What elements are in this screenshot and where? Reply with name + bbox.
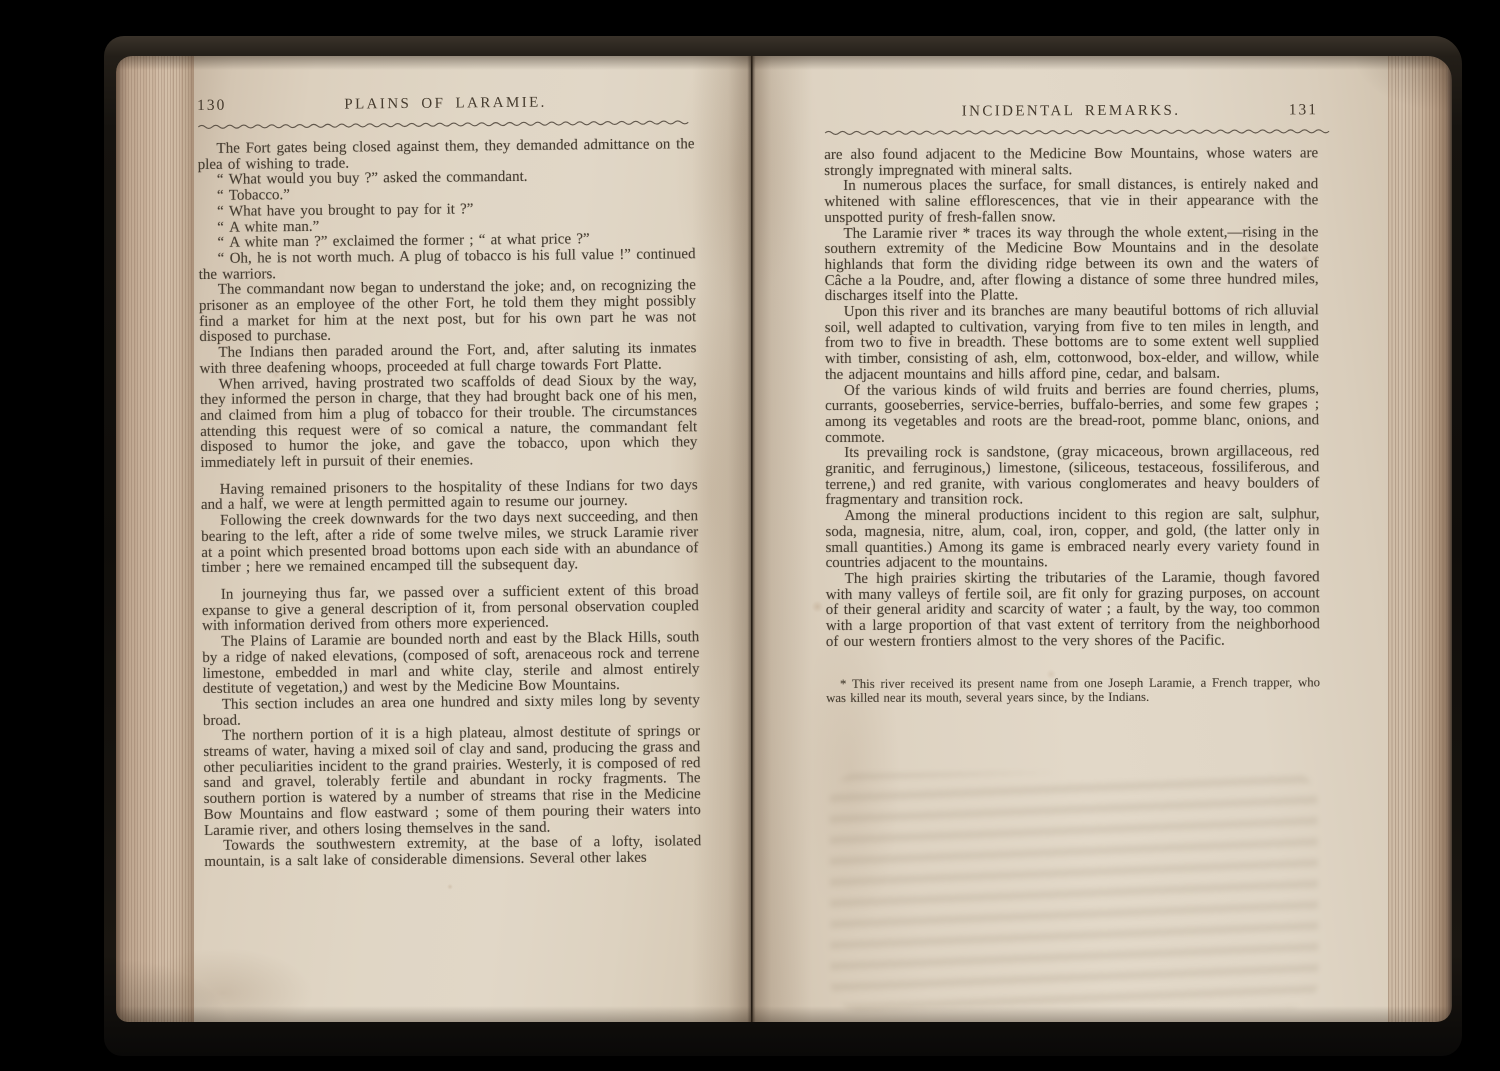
right-page-number: 131 <box>1262 101 1318 119</box>
paragraph: The Plains of Laramie are bounded north … <box>202 630 700 698</box>
paragraph: Its prevailing rock is sandstone, (gray … <box>825 445 1319 510</box>
left-page-number: 130 <box>197 96 253 115</box>
photo-background: 130 PLAINS OF LARAMIE. The Fort gates be… <box>0 0 1500 1071</box>
left-page-text: The Fort gates being closed against them… <box>197 137 701 870</box>
right-page-content: INCIDENTAL REMARKS. 131 are also found a… <box>824 101 1320 705</box>
paragraph: In journeying thus far, we passed over a… <box>202 583 699 635</box>
paragraph: The Laramie river * traces its way throu… <box>824 225 1318 305</box>
left-running-title: PLAINS OF LARAMIE. <box>253 94 638 115</box>
wavy-rule-left <box>197 118 694 131</box>
paragraph: Among the mineral productions incident t… <box>825 507 1319 572</box>
paragraph: Upon this river and its branches are man… <box>825 303 1319 383</box>
right-page-text: are also found adjacent to the Medicine … <box>824 146 1320 650</box>
paragraph: When arrived, having prostrated two scaf… <box>200 373 698 472</box>
wavy-rule-right <box>824 127 1334 137</box>
right-running-head: INCIDENTAL REMARKS. 131 <box>824 101 1318 124</box>
paragraph: The Fort gates being closed against them… <box>197 137 694 173</box>
paragraph: Following the creek downwards for the tw… <box>201 509 699 577</box>
paragraph: Towards the southwestern extremity, at t… <box>204 834 701 870</box>
left-running-head: 130 PLAINS OF LARAMIE. <box>197 92 694 118</box>
left-page-content: 130 PLAINS OF LARAMIE. The Fort gates be… <box>197 92 701 870</box>
paragraph: The commandant now began to understand t… <box>199 279 697 347</box>
paragraph: The high prairies skirting the tributari… <box>826 570 1320 650</box>
paragraph: The northern portion of it is a high pla… <box>203 725 701 840</box>
right-running-title: INCIDENTAL REMARKS. <box>880 102 1262 120</box>
left-head-spacer <box>638 105 694 106</box>
paragraph: are also found adjacent to the Medicine … <box>824 146 1318 179</box>
footnote: * This river received its present name f… <box>826 675 1320 705</box>
paragraph: In numerous places the surface, for smal… <box>824 178 1318 227</box>
paragraph: Of the various kinds of wild fruits and … <box>825 382 1319 447</box>
